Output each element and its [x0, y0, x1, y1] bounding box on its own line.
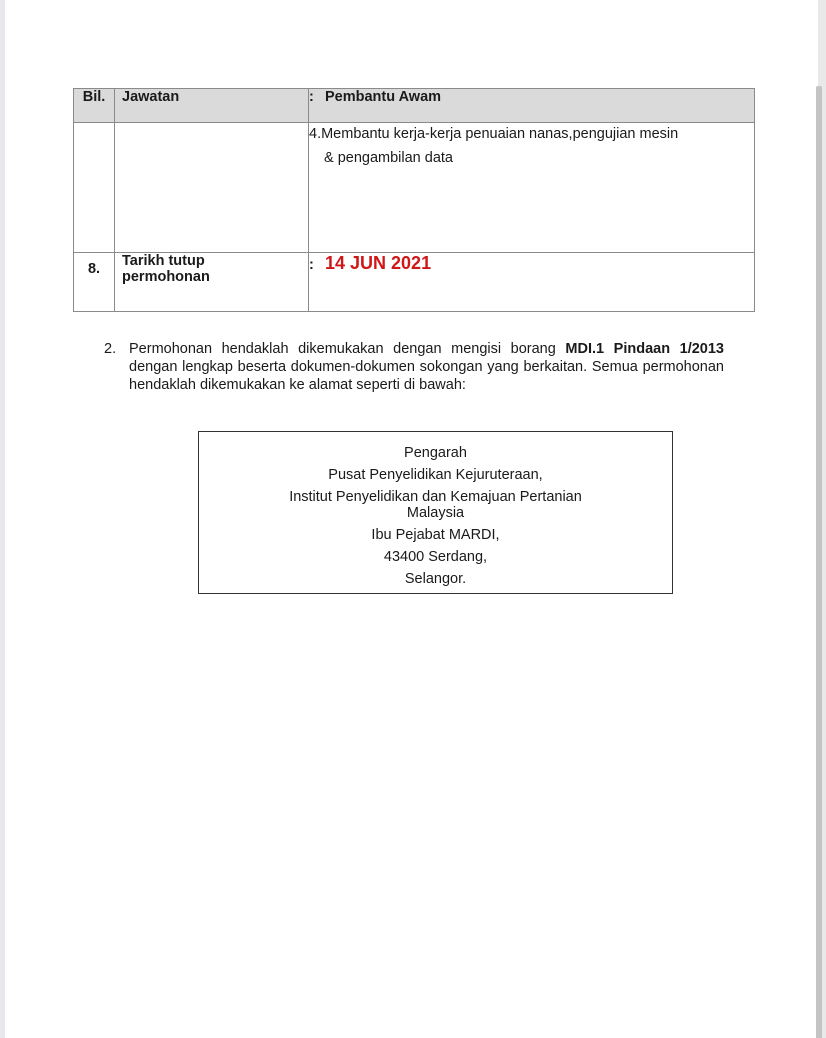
table-header-row: Bil. Jawatan :Pembantu Awam [74, 89, 755, 123]
position-name: Pembantu Awam [325, 89, 441, 105]
job-info-table: Bil. Jawatan :Pembantu Awam 4.Membantu k… [73, 88, 755, 312]
header-colon: : [309, 89, 325, 105]
paragraph-number: 2. [104, 340, 116, 358]
table-row-closing-date: 8. Tarikh tutup permohonan :14 JUN 2021 [74, 253, 755, 312]
address-line: Pengarah [199, 442, 672, 464]
task-label-cell [115, 123, 309, 253]
address-line: Malaysia [199, 505, 672, 521]
page-left-edge [0, 0, 5, 1038]
paragraph-body: Permohonan hendaklah dikemukakan dengan … [129, 340, 724, 394]
paragraph-text-after: dengan lengkap beserta dokumen-dokumen s… [129, 359, 724, 393]
row8-bil: 8. [74, 253, 115, 312]
application-paragraph: 2. Permohonan hendaklah dikemukakan deng… [104, 340, 724, 394]
scrollbar-thumb[interactable] [816, 86, 822, 1038]
task-line-2: & pengambilan data [309, 143, 754, 167]
header-bil: Bil. [74, 89, 115, 123]
closing-date: 14 JUN 2021 [325, 253, 431, 273]
row8-label-line1: Tarikh tutup [122, 253, 308, 269]
address-box: Pengarah Pusat Penyelidikan Kejuruteraan… [198, 431, 673, 594]
table-row-tasks: 4.Membantu kerja-kerja penuaian nanas,pe… [74, 123, 755, 253]
task-desc-cell: 4.Membantu kerja-kerja penuaian nanas,pe… [309, 123, 755, 253]
paragraph-text-before: Permohonan hendaklah dikemukakan dengan … [129, 341, 565, 357]
row8-colon: : [309, 257, 325, 273]
row8-value-cell: :14 JUN 2021 [309, 253, 755, 312]
row8-label: Tarikh tutup permohonan [115, 253, 309, 312]
address-line: Institut Penyelidikan dan Kemajuan Perta… [199, 489, 672, 505]
row8-label-line2: permohonan [122, 269, 308, 285]
header-jawatan: Jawatan [115, 89, 309, 123]
task-line-1: 4.Membantu kerja-kerja penuaian nanas,pe… [309, 123, 754, 143]
address-line: 43400 Serdang, [199, 546, 672, 568]
address-line: Pusat Penyelidikan Kejuruteraan, [199, 464, 672, 486]
form-reference: MDI.1 Pindaan 1/2013 [565, 341, 724, 357]
header-value-cell: :Pembantu Awam [309, 89, 755, 123]
address-line: Ibu Pejabat MARDI, [199, 524, 672, 546]
address-line: Selangor. [199, 568, 672, 590]
task-bil-cell [74, 123, 115, 253]
